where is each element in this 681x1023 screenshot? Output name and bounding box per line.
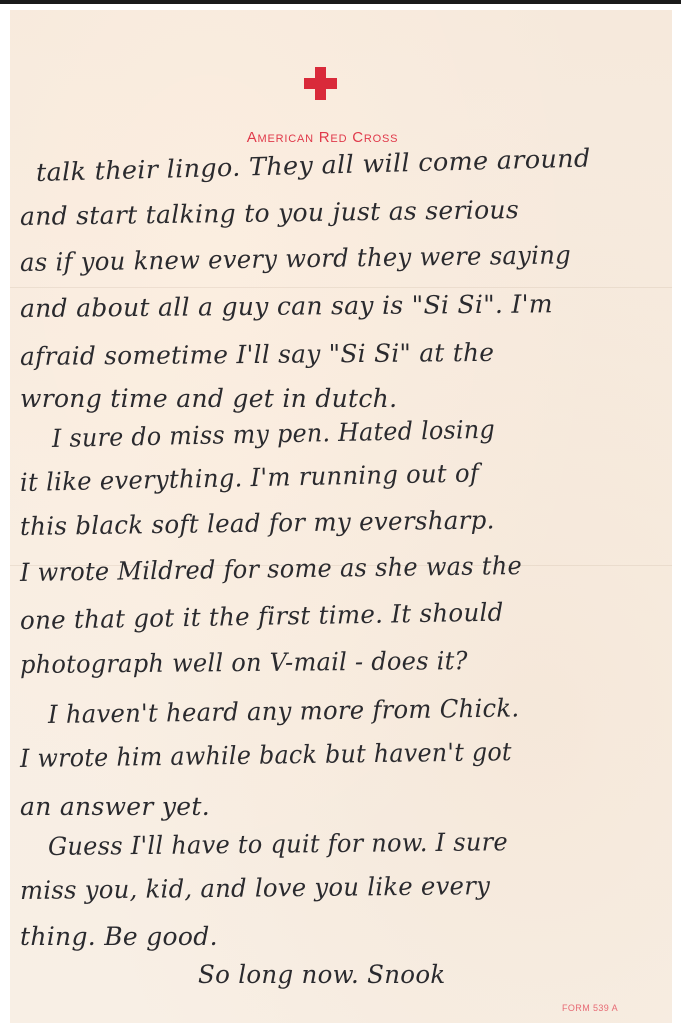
letter-line: miss you, kid, and love you like every [20, 871, 490, 905]
letter-line: one that got it the first time. It shoul… [20, 598, 504, 635]
letter-line: I sure do miss my pen. Hated losing [52, 415, 496, 453]
letter-line: wrong time and get in dutch. [20, 384, 397, 413]
letter-body: talk their lingo. They all will come aro… [10, 10, 672, 1023]
letter-line: I haven't heard any more from Chick. [48, 693, 520, 729]
letter-line: and start talking to you just as serious [20, 195, 519, 231]
letter-line: I wrote Mildred for some as she was the [20, 551, 522, 587]
scan-top-edge [0, 0, 681, 4]
letter-line: talk their lingo. They all will come aro… [36, 143, 591, 187]
letter-line: thing. Be good. [20, 922, 218, 951]
letter-line: as if you knew every word they were sayi… [20, 240, 571, 277]
letter-line: Guess I'll have to quit for now. I sure [48, 827, 508, 861]
letter-signature: So long now. Snook [198, 960, 446, 989]
form-number: FORM 539 A [562, 1003, 618, 1013]
letter-line: afraid sometime I'll say "Si Si" at the [20, 338, 494, 371]
letter-line: this black soft lead for my eversharp. [20, 505, 495, 541]
letter-page: American Red Cross talk their lingo. The… [10, 10, 672, 1023]
letter-line: I wrote him awhile back but haven't got [20, 737, 512, 773]
letter-line: an answer yet. [20, 792, 210, 821]
letter-line: photograph well on V-mail - does it? [20, 646, 468, 679]
letter-line: it like everything. I'm running out of [20, 458, 480, 497]
letter-line: and about all a guy can say is "Si Si". … [20, 289, 553, 323]
